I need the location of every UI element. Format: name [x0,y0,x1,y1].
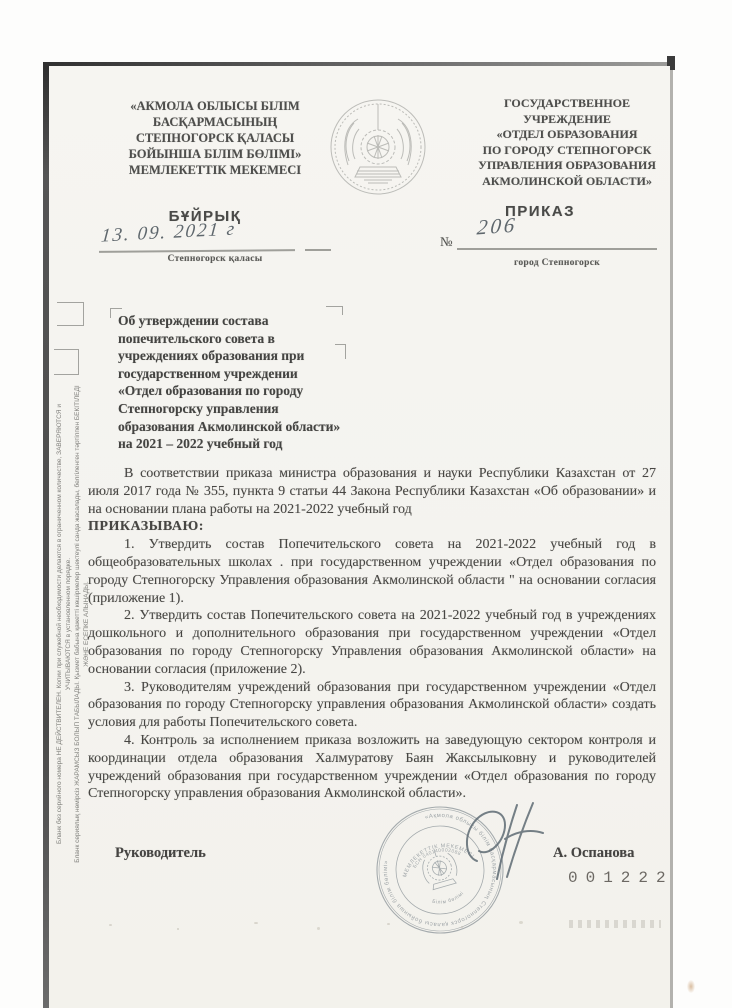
signature-name: А. Оспанова [553,845,634,862]
org-name-kk-line: «АКМОЛА ОБЛЫСЫ БІЛІМ [83,98,347,114]
org-name-ru-line: «ОТДЕЛ ОБРАЗОВАНИЯ [435,127,699,143]
subject-line: государственном учреждении [118,365,390,383]
org-name-kk-line: МЕМЛЕКЕТТІК МЕКЕМЕСІ [83,162,347,178]
crop-mark-box [54,349,79,375]
org-name-ru-line: УЧРЕЖДЕНИЕ [435,112,699,128]
org-name-kk-line: СТЕПНОГОРСК ҚАЛАСЫ [83,130,347,146]
document-page: «АКМОЛА ОБЛЫСЫ БІЛІМ БАСҚАРМАСЫНЫҢ СТЕПН… [49,66,670,1008]
subject-line: попечительского совета в [118,330,390,348]
order-body: В соответствии приказа министра образова… [88,465,656,803]
number-underline [457,248,657,250]
subject-line: на 2021 – 2022 учебный год [118,435,390,453]
org-name-ru-line: ПО ГОРОДУ СТЕПНОГОРСК [435,143,699,159]
subject-line: «Отдел образования по городу [118,382,390,400]
scan-speck [109,924,112,926]
order-item-2: 2. Утвердить состав Попечительского сове… [88,607,656,678]
org-name-kk-line: БОЙЫНША БІЛІМ БӨЛІМІ» [83,146,347,162]
order-city-ru: город Степногорск [487,258,627,268]
order-item-1: 1. Утвердить состав Попечительского сове… [88,536,656,607]
subject-line: Степногорску управления [118,400,390,418]
date-underline [99,249,295,252]
order-number-handwritten: 206 [476,212,519,240]
subject-line: учреждениях образования при [118,347,390,365]
crop-mark-box [57,302,84,326]
org-name-kk-line: БАСҚАРМАСЫНЫҢ [83,114,347,130]
page-edge-right [670,62,673,1008]
org-name-kk: «АКМОЛА ОБЛЫСЫ БІЛІМ БАСҚАРМАСЫНЫҢ СТЕПН… [83,98,347,178]
body-intro-paragraph: В соответствии приказа министра образова… [88,465,656,518]
order-item-4: 4. Контроль за исполнением приказа возло… [88,732,656,803]
scan-smudge [687,980,695,993]
order-subject: Об утверждении состава попечительского с… [118,312,390,453]
resolve-keyword: ПРИКАЗЫВАЮ: [88,518,656,536]
date-underline-dash [305,249,331,251]
scan-speck [387,923,390,925]
order-number-label: № [440,234,452,250]
scan-speck [254,922,258,924]
org-name-ru-line: УПРАВЛЕНИЯ ОБРАЗОВАНИЯ [435,158,699,174]
scan-speck [519,921,523,924]
scan-speck [461,926,463,928]
margin-security-note-kk: Бланк сериялық нөмірсіз ЖАРАМСЫЗ БОЛЫП Т… [73,385,91,863]
scanned-order-document: «АКМОЛА ОБЛЫСЫ БІЛІМ БАСҚАРМАСЫНЫҢ СТЕПН… [0,0,732,1008]
state-emblem-icon [327,96,429,198]
subject-line: образования Акмолинской области» [118,418,390,436]
org-name-ru: ГОСУДАРСТВЕННОЕ УЧРЕЖДЕНИЕ «ОТДЕЛ ОБРАЗО… [435,96,699,189]
order-city-kk: Степногорск қаласы [145,254,285,264]
order-date-handwritten: 13. 09. 2021 г [100,218,237,247]
order-item-3: 3. Руководителям учреждений образования … [88,679,656,732]
scan-speck [317,927,320,930]
scan-noise [569,920,661,928]
scan-speck [177,928,179,930]
subject-line: Об утверждении состава [118,312,390,330]
blank-serial-number: 001222 [568,869,674,887]
org-name-ru-line: ГОСУДАРСТВЕННОЕ [435,96,699,112]
signature-position-title: Руководитель [115,845,206,862]
org-name-ru-line: АКМОЛИНСКОЙ ОБЛАСТИ» [435,174,699,190]
margin-security-note-ru: Бланк без серийного номера НЕ ДЕЙСТВИТЕЛ… [55,385,73,863]
